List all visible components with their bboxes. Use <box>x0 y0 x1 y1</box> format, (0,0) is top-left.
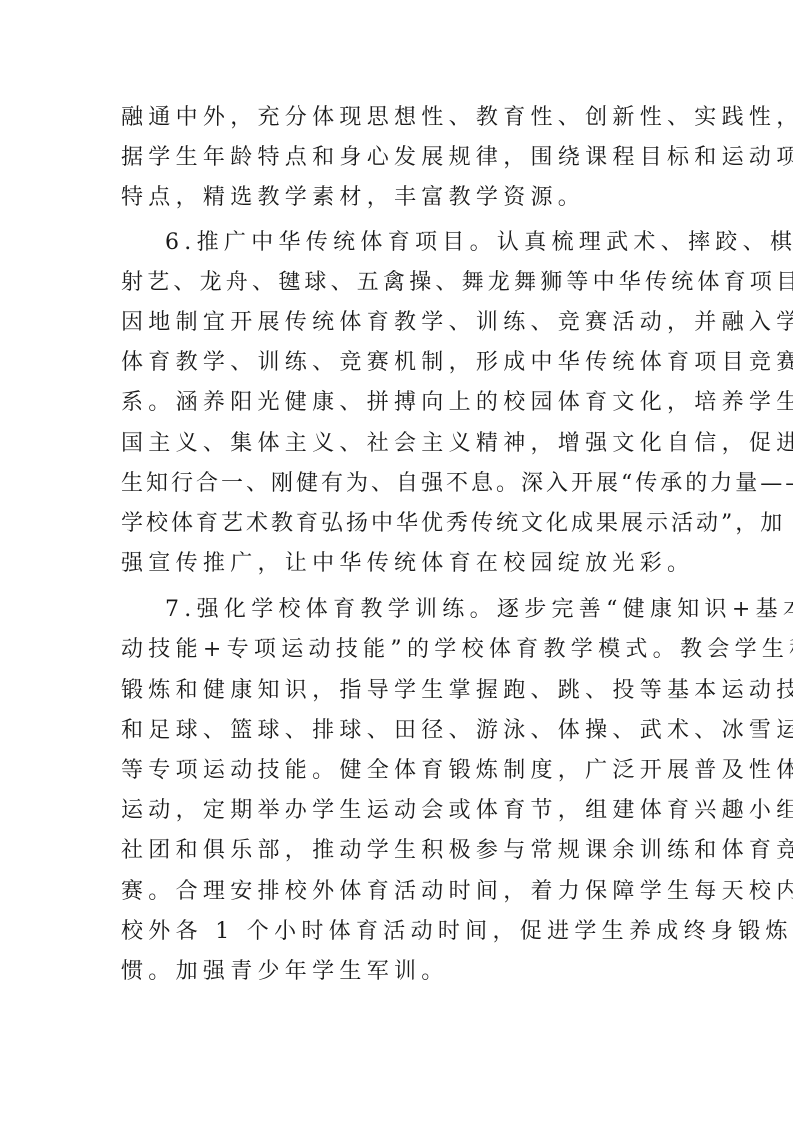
document-page: 融通中外，充分体现思想性、教育性、创新性、实践性，根 据学生年龄特点和身心发展规… <box>121 98 673 992</box>
text-line: 系。涵养阳光健康、拼搏向上的校园体育文化，培养学生爱 <box>121 383 673 423</box>
text-line: 射艺、龙舟、毽球、五禽操、舞龙舞狮等中华传统体育项目， <box>121 263 673 303</box>
text-line: 因地制宜开展传统体育教学、训练、竞赛活动，并融入学校 <box>121 303 673 343</box>
paragraph-heading-line: 7.强化学校体育教学训练。逐步完善“健康知识+基本运 <box>121 590 673 630</box>
text-line: 生知行合一、刚健有为、自强不息。深入开展“传承的力量—— <box>121 464 673 504</box>
paragraph-heading-line: 6.推广中华传统体育项目。认真梳理武术、摔跤、棋类、 <box>121 223 673 263</box>
text-line: 社团和俱乐部，推动学生积极参与常规课余训练和体育竞 <box>121 831 673 871</box>
text-line: 学校体育艺术教育弘扬中华优秀传统文化成果展示活动”，加 <box>121 504 673 544</box>
paragraph-6-traditional-sports: 6.推广中华传统体育项目。认真梳理武术、摔跤、棋类、 射艺、龙舟、毽球、五禽操、… <box>121 223 673 585</box>
text-line: 融通中外，充分体现思想性、教育性、创新性、实践性，根 <box>121 98 673 138</box>
paragraph-7-school-sports-training: 7.强化学校体育教学训练。逐步完善“健康知识+基本运 动技能+专项运动技能”的学… <box>121 590 673 992</box>
text-line: 体育教学、训练、竞赛机制，形成中华传统体育项目竞赛体 <box>121 343 673 383</box>
text-line: 动技能+专项运动技能”的学校体育教学模式。教会学生科学 <box>121 630 673 670</box>
text-line: 特点，精选教学素材，丰富教学资源。 <box>121 178 673 218</box>
text-line: 惯。加强青少年学生军训。 <box>121 952 673 992</box>
text-line: 校外各 1 个小时体育活动时间，促进学生养成终身锻炼的习 <box>121 912 673 952</box>
text-line: 和足球、篮球、排球、田径、游泳、体操、武术、冰雪运动 <box>121 711 673 751</box>
text-line: 据学生年龄特点和身心发展规律，围绕课程目标和运动项目 <box>121 138 673 178</box>
paragraph-continuation: 融通中外，充分体现思想性、教育性、创新性、实践性，根 据学生年龄特点和身心发展规… <box>121 98 673 219</box>
text-line: 国主义、集体主义、社会主义精神，增强文化自信，促进学 <box>121 424 673 464</box>
text-line: 赛。合理安排校外体育活动时间，着力保障学生每天校内、 <box>121 872 673 912</box>
text-line: 锻炼和健康知识，指导学生掌握跑、跳、投等基本运动技能 <box>121 671 673 711</box>
text-line: 运动，定期举办学生运动会或体育节，组建体育兴趣小组、 <box>121 791 673 831</box>
text-line: 强宣传推广，让中华传统体育在校园绽放光彩。 <box>121 544 673 584</box>
text-line: 等专项运动技能。健全体育锻炼制度，广泛开展普及性体育 <box>121 751 673 791</box>
